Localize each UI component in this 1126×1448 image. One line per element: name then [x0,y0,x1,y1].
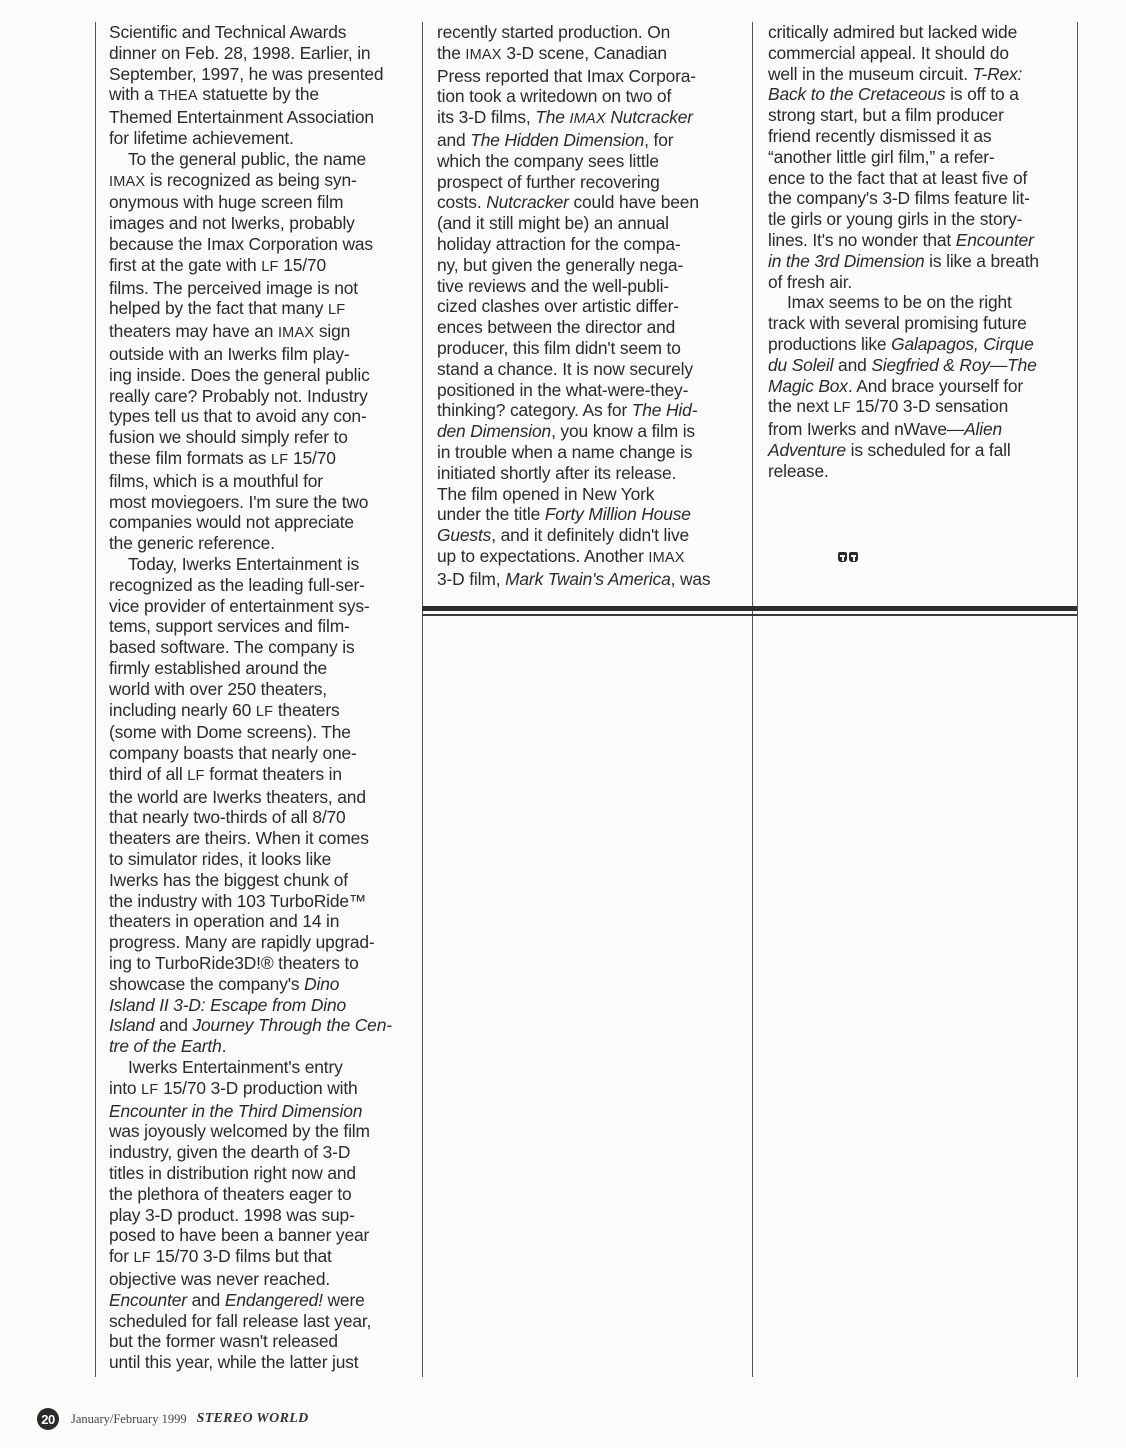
text-line: prospect of further recovering [437,172,742,193]
column-rule-left [95,22,96,1377]
text-line: release. [768,461,1073,482]
page-footer: 20 January/February 1999 STEREO WORLD [37,1408,308,1430]
text-line: from Iwerks and nWave—Alien [768,419,1073,440]
text-line: objective was never reached. [109,1269,414,1290]
magazine-title: STEREO WORLD [197,1411,309,1427]
text-line: until this year, while the latter just [109,1352,414,1373]
text-line: firmly established around the [109,658,414,679]
text-line: the plethora of theaters eager to [109,1184,414,1205]
text-line: ing inside. Does the general public [109,365,414,386]
text-line: images and not Iwerks, probably [109,213,414,234]
text-line: initiated shortly after its release. [437,463,742,484]
text-line: showcase the company's Dino [109,974,414,995]
text-line: the next LF 15/70 3-D sensation [768,396,1073,419]
divider-thin-line [422,614,1077,616]
stereo-viewer-end-mark-icon [838,552,858,562]
text-line: critically admired but lacked wide [768,22,1073,43]
text-line: that nearly two-thirds of all 8/70 [109,807,414,828]
text-line: the generic reference. [109,533,414,554]
text-line: commercial appeal. It should do [768,43,1073,64]
text-line: producer, this film didn't seem to [437,338,742,359]
text-line: Encounter and Endangered! were [109,1290,414,1311]
text-line: vice provider of entertainment sys- [109,596,414,617]
text-line: den Dimension, you know a film is [437,421,742,442]
text-line: first at the gate with LF 15/70 [109,255,414,278]
article-paragraph: Today, Iwerks Entertainment isrecognized… [109,554,414,1057]
text-line: with a THEA statuette by the [109,84,414,107]
viewer-lens-right-icon [849,552,858,562]
text-line: Today, Iwerks Entertainment is [109,554,414,575]
text-line: types tell us that to avoid any con- [109,406,414,427]
text-line: was joyously welcomed by the film [109,1121,414,1142]
text-line: “another little girl film,” a refer- [768,147,1073,168]
text-line: Scientific and Technical Awards [109,22,414,43]
text-line: of fresh air. [768,272,1073,293]
text-line: IMAX is recognized as being syn- [109,170,414,193]
text-line: outside with an Iwerks film play- [109,344,414,365]
article-column-1: Scientific and Technical Awardsdinner on… [109,22,414,1373]
text-line: posed to have been a banner year [109,1225,414,1246]
text-line: friend recently dismissed it as [768,126,1073,147]
text-line: to simulator rides, it looks like [109,849,414,870]
text-line: ences between the director and [437,317,742,338]
text-line: holiday attraction for the compa- [437,234,742,255]
text-line: the IMAX 3-D scene, Canadian [437,43,742,66]
text-line: September, 1997, he was presented [109,64,414,85]
text-line: onymous with huge screen film [109,192,414,213]
text-line: third of all LF format theaters in [109,764,414,787]
text-line: (and it still might be) an annual [437,213,742,234]
text-line: companies would not appreciate [109,512,414,533]
text-line: for lifetime achievement. [109,128,414,149]
text-line: Press reported that Imax Corpora- [437,66,742,87]
article-paragraph: Imax seems to be on the righttrack with … [768,292,1073,481]
text-line: The film opened in New York [437,484,742,505]
text-line: but the former wasn't released [109,1331,414,1352]
text-line: company boasts that nearly one- [109,743,414,764]
text-line: really care? Probably not. Industry [109,386,414,407]
text-line: play 3-D product. 1998 was sup- [109,1205,414,1226]
text-line: Magic Box. And brace yourself for [768,376,1073,397]
text-line: world with over 250 theaters, [109,679,414,700]
text-line: Guests, and it definitely didn't live [437,525,742,546]
text-line: its 3-D films, The IMAX Nutcracker [437,107,742,130]
text-line: track with several promising future [768,313,1073,334]
text-line: recently started production. On [437,22,742,43]
text-line: under the title Forty Million House [437,504,742,525]
article-paragraph: To the general public, the nameIMAX is r… [109,149,414,554]
text-line: productions like Galapagos, Cirque [768,334,1073,355]
column-rule-2-3 [752,22,753,1377]
article-paragraph: recently started production. Onthe IMAX … [437,22,742,590]
text-line: Iwerks has the biggest chunk of [109,870,414,891]
text-line: films, which is a mouthful for [109,471,414,492]
text-line: theaters may have an IMAX sign [109,321,414,344]
text-line: stand a chance. It is now securely [437,359,742,380]
text-line: ence to the fact that at least five of [768,168,1073,189]
text-line: up to expectations. Another IMAX [437,546,742,569]
text-line: the company's 3-D films feature lit- [768,188,1073,209]
text-line: Encounter in the Third Dimension [109,1101,414,1122]
issue-date: January/February 1999 [71,1412,187,1427]
page-number-badge: 20 [37,1408,59,1430]
text-line: Themed Entertainment Association [109,107,414,128]
text-line: strong start, but a film producer [768,105,1073,126]
text-line: tion took a writedown on two of [437,86,742,107]
viewer-lens-left-icon [838,552,847,562]
text-line: Iwerks Entertainment's entry [109,1057,414,1078]
text-line: theaters in operation and 14 in [109,911,414,932]
text-line: du Soleil and Siegfried & Roy—The [768,355,1073,376]
text-line: Imax seems to be on the right [768,292,1073,313]
text-line: and The Hidden Dimension, for [437,130,742,151]
text-line: lines. It's no wonder that Encounter [768,230,1073,251]
text-line: Island II 3-D: Escape from Dino [109,995,414,1016]
article-paragraph: critically admired but lacked widecommer… [768,22,1073,292]
text-line: thinking? category. As for The Hid- [437,400,742,421]
text-line: because the Imax Corporation was [109,234,414,255]
text-line: Island and Journey Through the Cen- [109,1015,414,1036]
text-line: Adventure is scheduled for a fall [768,440,1073,461]
text-line: dinner on Feb. 28, 1998. Earlier, in [109,43,414,64]
text-line: ny, but given the generally nega- [437,255,742,276]
text-line: fusion we should simply refer to [109,427,414,448]
column-rule-right [1077,22,1078,1377]
text-line: the industry with 103 TurboRide™ [109,891,414,912]
text-line: into LF 15/70 3-D production with [109,1078,414,1101]
text-line: including nearly 60 LF theaters [109,700,414,723]
text-line: tems, support services and film- [109,616,414,637]
article-column-3: critically admired but lacked widecommer… [768,22,1073,482]
text-line: films. The perceived image is not [109,278,414,299]
text-line: To the general public, the name [109,149,414,170]
text-line: these film formats as LF 15/70 [109,448,414,471]
text-line: which the company sees little [437,151,742,172]
text-line: Back to the Cretaceous is off to a [768,84,1073,105]
section-divider-rule [422,606,1077,616]
article-paragraph: Iwerks Entertainment's entryinto LF 15/7… [109,1057,414,1373]
column-rule-1-2 [422,22,423,1377]
text-line: costs. Nutcracker could have been [437,192,742,213]
text-line: industry, given the dearth of 3-D [109,1142,414,1163]
text-line: progress. Many are rapidly upgrad- [109,932,414,953]
text-line: (some with Dome screens). The [109,722,414,743]
text-line: the world are Iwerks theaters, and [109,787,414,808]
text-line: well in the museum circuit. T-Rex: [768,64,1073,85]
text-line: cized clashes over artistic differ- [437,296,742,317]
text-line: for LF 15/70 3-D films but that [109,1246,414,1269]
text-line: in the 3rd Dimension is like a breath [768,251,1073,272]
text-line: positioned in the what-were-they- [437,380,742,401]
text-line: tre of the Earth. [109,1036,414,1057]
text-line: tive reviews and the well-publi- [437,276,742,297]
text-line: in trouble when a name change is [437,442,742,463]
text-line: ing to TurboRide3D!® theaters to [109,953,414,974]
text-line: most moviegoers. I'm sure the two [109,492,414,513]
text-line: based software. The company is [109,637,414,658]
text-line: theaters are theirs. When it comes [109,828,414,849]
text-line: scheduled for fall release last year, [109,1311,414,1332]
article-column-2: recently started production. Onthe IMAX … [437,22,742,590]
text-line: titles in distribution right now and [109,1163,414,1184]
text-line: 3-D film, Mark Twain's America, was [437,569,742,590]
text-line: tle girls or young girls in the story- [768,209,1073,230]
divider-thick-line [422,606,1077,611]
text-line: helped by the fact that many LF [109,298,414,321]
text-line: recognized as the leading full-ser- [109,575,414,596]
article-paragraph: Scientific and Technical Awardsdinner on… [109,22,414,149]
